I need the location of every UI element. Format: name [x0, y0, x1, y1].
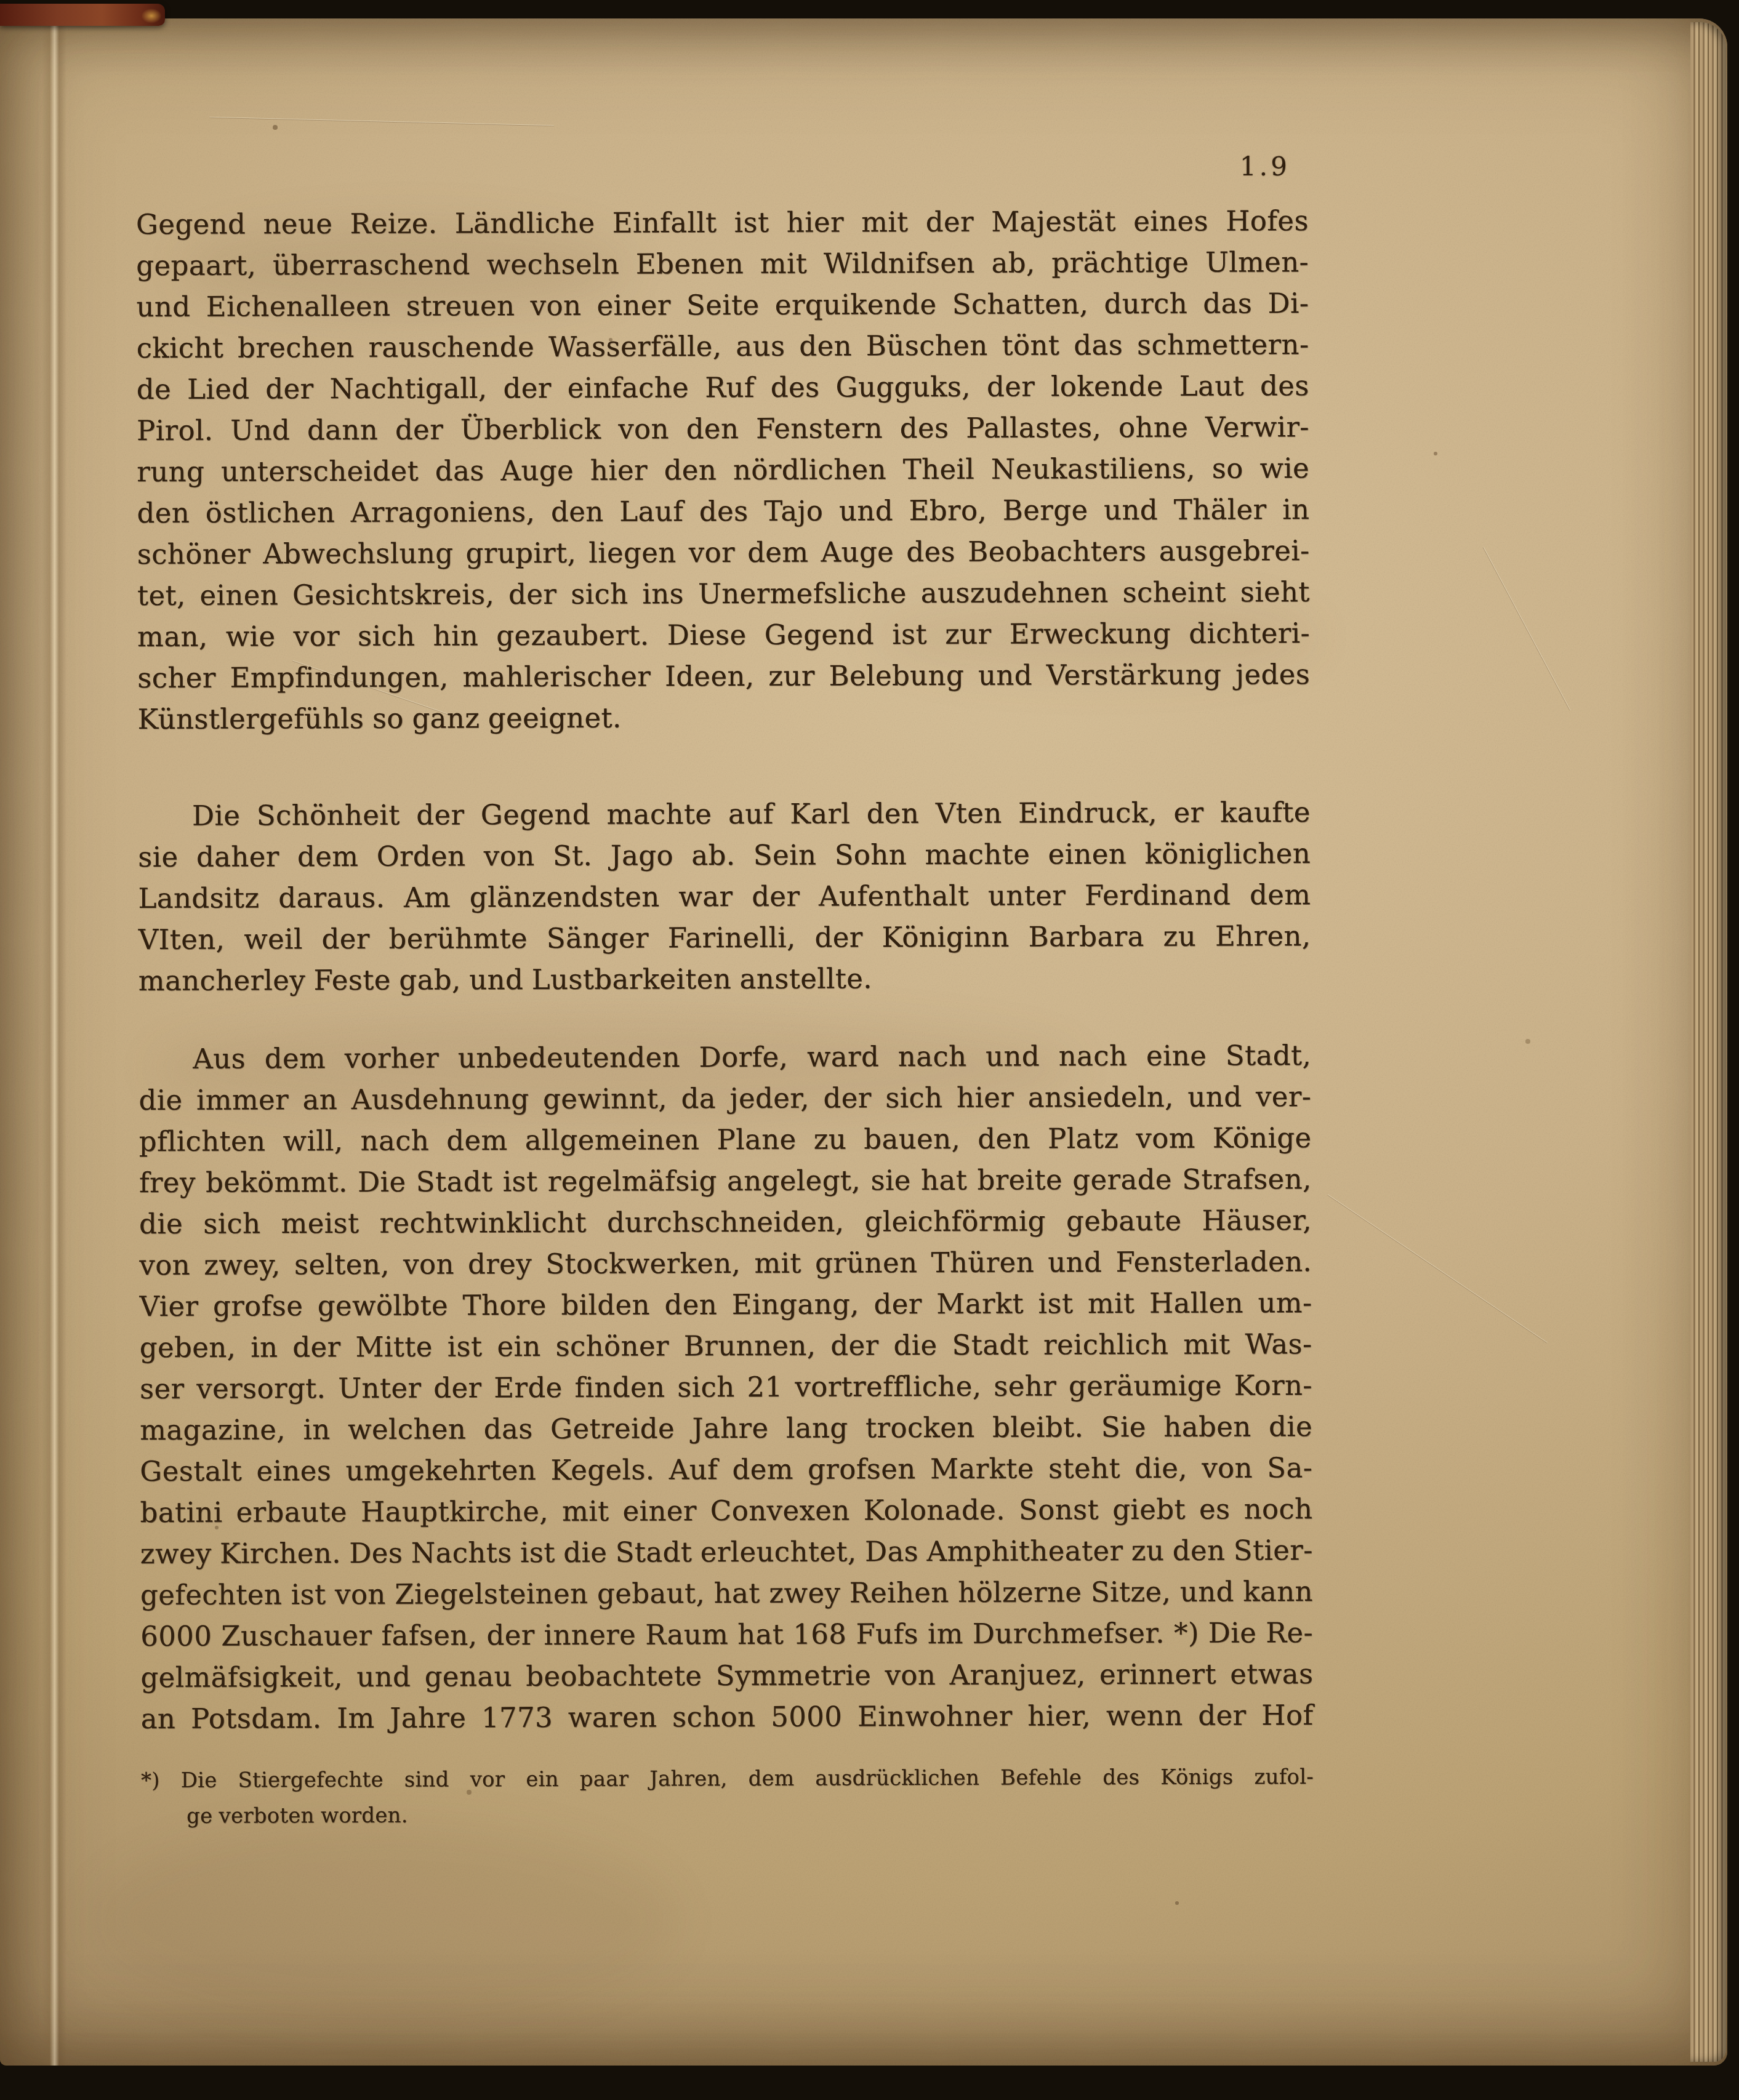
text-line: scherEmpfindungen,mahlerischerIdeen,zurB… [137, 654, 1310, 699]
gutter-crease [42, 18, 66, 2066]
text-line: GegendneueReize.LändlicheEinfalltisthier… [136, 200, 1309, 245]
fore-edge-page-stack [1690, 22, 1726, 2062]
text-line: pflichtenwill,nachdemallgemeinenPlanezub… [139, 1117, 1312, 1162]
text-line: ViergrofsegewölbteThorebildendenEingang,… [139, 1282, 1312, 1327]
text-line: serversorgt.UnterderErdefindensich21vort… [140, 1365, 1312, 1409]
text-line: deLiedderNachtigall,dereinfacheRufdesGug… [137, 365, 1309, 410]
text-line: diesichmeistrechtwinklichtdurchschneiden… [139, 1200, 1312, 1244]
text-line: ckichtbrechenrauschendeWasserfälle,ausde… [136, 324, 1309, 369]
text-line: tet,einenGesichtskreis,dersichinsUnermef… [137, 571, 1310, 616]
text-line: freybekömmt.DieStadtistregelmäfsigangele… [139, 1158, 1312, 1203]
text-line: dieimmeranAusdehnunggewinnt,dajeder,ders… [139, 1076, 1311, 1121]
paper-crease [209, 116, 554, 127]
text-line: denöstlichenArragoniens,denLaufdesTajoun… [137, 489, 1309, 534]
text-line: gelmäfsigkeit,undgenaubeobachteteSymmetr… [140, 1653, 1313, 1698]
page-text-block: GegendneueReize.LändlicheEinfalltisthier… [136, 200, 1314, 1834]
text-line: AusdemvorherunbedeutendenDorfe,wardnachu… [139, 1035, 1311, 1080]
text-line: siedaherdemOrdenvonSt.Jagoab.SeinSohnmac… [138, 833, 1311, 878]
text-line: 6000Zuschauerfafsen,derinnereRaumhat168F… [140, 1612, 1313, 1657]
text-line: DieSchönheitderGegendmachteaufKarldenVte… [138, 792, 1311, 836]
text-line: geben,inderMitteisteinschönerBrunnen,der… [140, 1323, 1312, 1368]
text-line: VIten,weilderberühmteSängerFarinelli,der… [138, 915, 1311, 960]
paragraph-2: DieSchönheitderGegendmachteaufKarldenVte… [138, 792, 1311, 1001]
text-line: mancherleyFestegab,undLustbarkeitenanste… [139, 956, 1311, 1001]
text-line: Landsitzdaraus.AmglänzendstenwarderAufen… [138, 874, 1311, 919]
text-line: gefechtenistvonZiegelsteinengebaut,hatzw… [140, 1571, 1313, 1616]
text-line: gepaart,überraschendwechselnEbenenmitWil… [136, 241, 1309, 286]
page-number: 1.9 [1228, 151, 1302, 182]
paragraph-3: AusdemvorherunbedeutendenDorfe,wardnachu… [139, 1035, 1314, 1739]
text-line: zweyKirchen.DesNachtsistdieStadterleucht… [140, 1529, 1313, 1574]
footnote: *)DieStiergefechtesindvoreinpaarJahren,d… [141, 1759, 1314, 1834]
text-line: vonzwey,selten,vondreyStockwerken,mitgrü… [139, 1241, 1312, 1286]
text-line: man,wievorsichhingezaubert.DieseGegendis… [137, 612, 1310, 657]
text-line: schönerAbwechslunggrupirt,liegenvordemAu… [137, 530, 1310, 575]
text-line: Künstlergefühlssoganzgeeignet. [137, 695, 1310, 740]
text-line: undEichenalleenstreuenvoneinerSeiteerqui… [136, 283, 1309, 327]
paper-crease [1327, 1194, 1548, 1344]
paper-crease [1482, 547, 1570, 710]
binding-leather-strip [0, 4, 165, 26]
paragraph-1: GegendneueReize.LändlicheEinfalltisthier… [136, 200, 1311, 740]
text-line: *)DieStiergefechtesindvoreinpaarJahren,d… [141, 1759, 1314, 1798]
text-line: anPotsdam.ImJahre1773warenschon5000Einwo… [140, 1694, 1313, 1739]
text-line: rungunterscheidetdasAugehierdennördliche… [137, 447, 1309, 492]
book-scan-photo: 1.9 GegendneueReize.LändlicheEinfalltist… [0, 0, 1739, 2100]
paper-stain [92, 1822, 677, 2019]
text-line: Pirol.UnddannderÜberblickvondenFensternd… [137, 406, 1309, 451]
text-line: geverbotenworden. [141, 1795, 1314, 1834]
text-line: magazine,inwelchendasGetreideJahrelangtr… [140, 1406, 1312, 1451]
text-line: batinierbauteHauptkirche,miteinerConvexe… [140, 1488, 1312, 1533]
book-page: 1.9 GegendneueReize.LändlicheEinfalltist… [0, 18, 1727, 2066]
text-line: GestalteinesumgekehrtenKegels.Aufdemgrof… [140, 1447, 1312, 1492]
